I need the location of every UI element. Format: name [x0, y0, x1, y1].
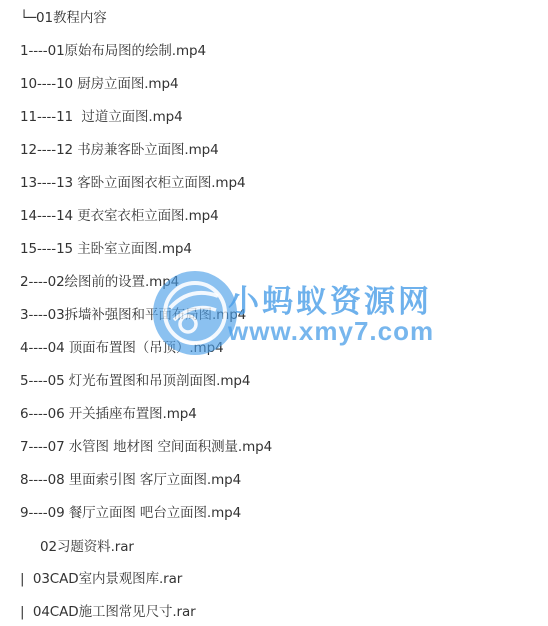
file-item[interactable]: 14----14 更衣室衣柜立面图.mp4 — [20, 206, 219, 226]
watermark-url: www.xmy7.com — [228, 316, 434, 347]
file-item[interactable]: 5----05 灯光布置图和吊顶剖面图.mp4 — [20, 371, 250, 391]
file-item[interactable]: 12----12 书房兼客卧立面图.mp4 — [20, 140, 219, 160]
file-item[interactable]: 8----08 里面索引图 客厅立面图.mp4 — [20, 470, 241, 490]
file-item[interactable]: 7----07 水管图 地材图 空间面积测量.mp4 — [20, 437, 272, 457]
file-item[interactable]: 3----03拆墙补强图和平面布局图.mp4 — [20, 305, 246, 325]
file-item[interactable]: 13----13 客卧立面图衣柜立面图.mp4 — [20, 173, 245, 193]
watermark-title: 小蚂蚁资源网 — [228, 276, 432, 321]
archive-item[interactable]: | 04CAD施工图常见尺寸.rar — [20, 602, 196, 622]
file-item[interactable]: 10----10 厨房立面图.mp4 — [20, 74, 178, 94]
file-item[interactable]: 6----06 开关插座布置图.mp4 — [20, 404, 197, 424]
file-item[interactable]: 15----15 主卧室立面图.mp4 — [20, 239, 192, 259]
file-item[interactable]: 2----02绘图前的设置.mp4 — [20, 272, 179, 292]
archive-item[interactable]: 02习题资料.rar — [40, 537, 134, 557]
file-item[interactable]: 1----01原始布局图的绘制.mp4 — [20, 41, 206, 61]
file-item[interactable]: 11----11 过道立面图.mp4 — [20, 107, 183, 127]
folder-heading: └─01教程内容 — [20, 8, 107, 28]
file-item[interactable]: 4----04 顶面布置图（吊顶）.mp4 — [20, 338, 224, 358]
archive-item[interactable]: | 03CAD室内景观图库.rar — [20, 569, 182, 589]
file-item[interactable]: 9----09 餐厅立面图 吧台立面图.mp4 — [20, 503, 241, 523]
